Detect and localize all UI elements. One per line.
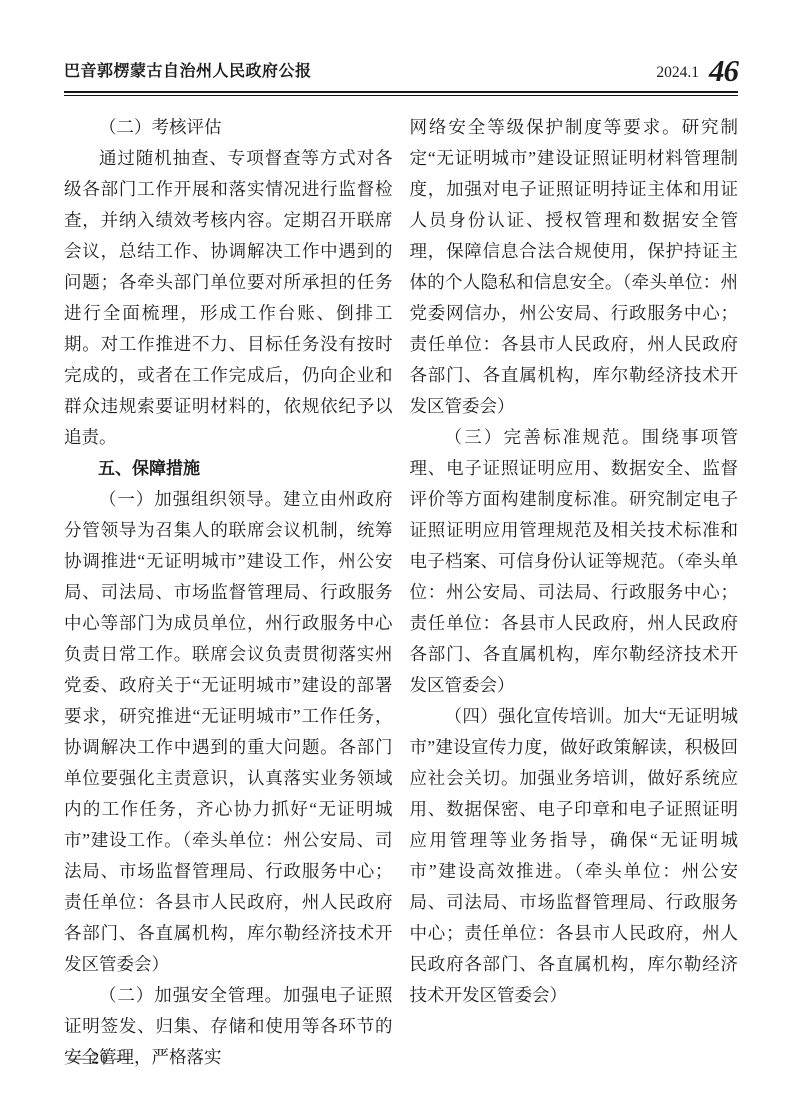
- gazette-page: 巴音郭楞蒙古自治州人民政府公报 2024.1 46 （二）考核评估通过随机抽查、…: [0, 0, 790, 1118]
- document-body: （二）考核评估通过随机抽查、专项督查等方式对各级各部门工作开展和落实情况进行监督…: [64, 112, 738, 1073]
- right-column: 网络安全等级保护制度等要求。研究制定“无证明城市”建设证照证明材料管理制度，加强…: [410, 112, 739, 1073]
- issue-number: 46: [709, 58, 738, 84]
- page-header: 巴音郭楞蒙古自治州人民政府公报 2024.1 46: [64, 58, 738, 96]
- page-footer: — 20 —: [70, 1050, 130, 1068]
- journal-title: 巴音郭楞蒙古自治州人民政府公报: [64, 64, 312, 84]
- paragraph: （二）考核评估: [64, 112, 393, 143]
- header-rule-divider: [64, 91, 738, 96]
- paragraph: （三）完善标准规范。围绕事项管理、电子证照证明应用、数据安全、监督评价等方面构建…: [410, 422, 739, 701]
- left-column: （二）考核评估通过随机抽查、专项督查等方式对各级各部门工作开展和落实情况进行监督…: [64, 112, 393, 1073]
- section-heading: 五、保障措施: [64, 453, 393, 484]
- page-number: — 20 —: [70, 1050, 130, 1067]
- header-issue-info: 2024.1 46: [656, 58, 738, 84]
- header-row: 巴音郭楞蒙古自治州人民政府公报 2024.1 46: [64, 58, 738, 84]
- paragraph: （一）加强组织领导。建立由州政府分管领导为召集人的联席会议机制，统筹协调推进“无…: [64, 484, 393, 980]
- issue-date: 2024.1: [656, 65, 699, 85]
- paragraph: 通过随机抽查、专项督查等方式对各级各部门工作开展和落实情况进行监督检查，并纳入绩…: [64, 143, 393, 453]
- paragraph: （四）强化宣传培训。加大“无证明城市”建设宣传力度，做好政策解读，积极回应社会关…: [410, 701, 739, 1011]
- paragraph: 网络安全等级保护制度等要求。研究制定“无证明城市”建设证照证明材料管理制度，加强…: [410, 112, 739, 422]
